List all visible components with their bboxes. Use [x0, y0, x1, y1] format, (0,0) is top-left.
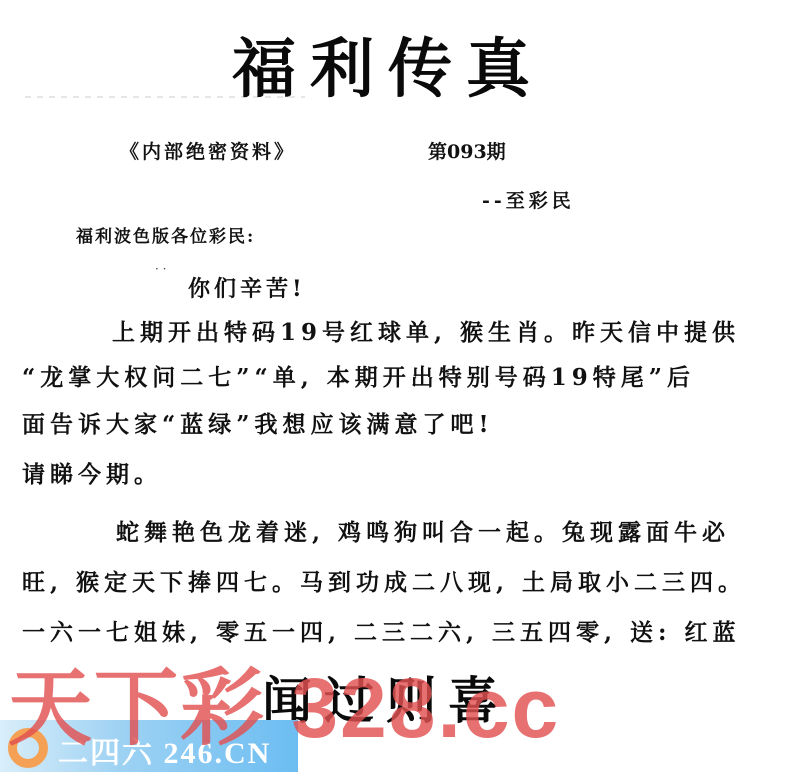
thanks-line: 你们辛苦!	[188, 272, 306, 303]
paragraph2-line3: 一六一七姐妹, 零五一四, 二三二六, 三五四零, 送: 红蓝	[22, 614, 741, 647]
paragraph2-line1: 蛇舞艳色龙着迷, 鸡鸣狗叫合一起。兔现露面牛必	[116, 514, 730, 547]
document-title: 福利传真	[232, 38, 544, 102]
paragraph1-line2: “龙掌大权问二七”“单, 本期开出特别号码19特尾”后	[22, 359, 695, 392]
dots-mark: · ·	[155, 262, 166, 276]
paragraph1-line4: 请睇今期。	[22, 456, 162, 489]
paragraph1-line3: 面告诉大家“蓝绿”我想应该满意了吧!	[22, 406, 494, 439]
signature: --至彩民	[482, 186, 575, 213]
document-subtitle: 《内部绝密资料》	[120, 137, 296, 164]
paragraph1-line1: 上期开出特码19号红球单, 猴生肖。昨天信中提供	[112, 314, 740, 347]
greeting: 福利波色版各位彩民:	[76, 222, 255, 247]
issue-number: 第093期	[428, 137, 506, 164]
paragraph2-line2: 旺, 猴定天下捧四七。马到功成二八现, 土局取小二三四。	[22, 564, 746, 597]
watermark: 天下彩 328.cc	[8, 666, 560, 750]
